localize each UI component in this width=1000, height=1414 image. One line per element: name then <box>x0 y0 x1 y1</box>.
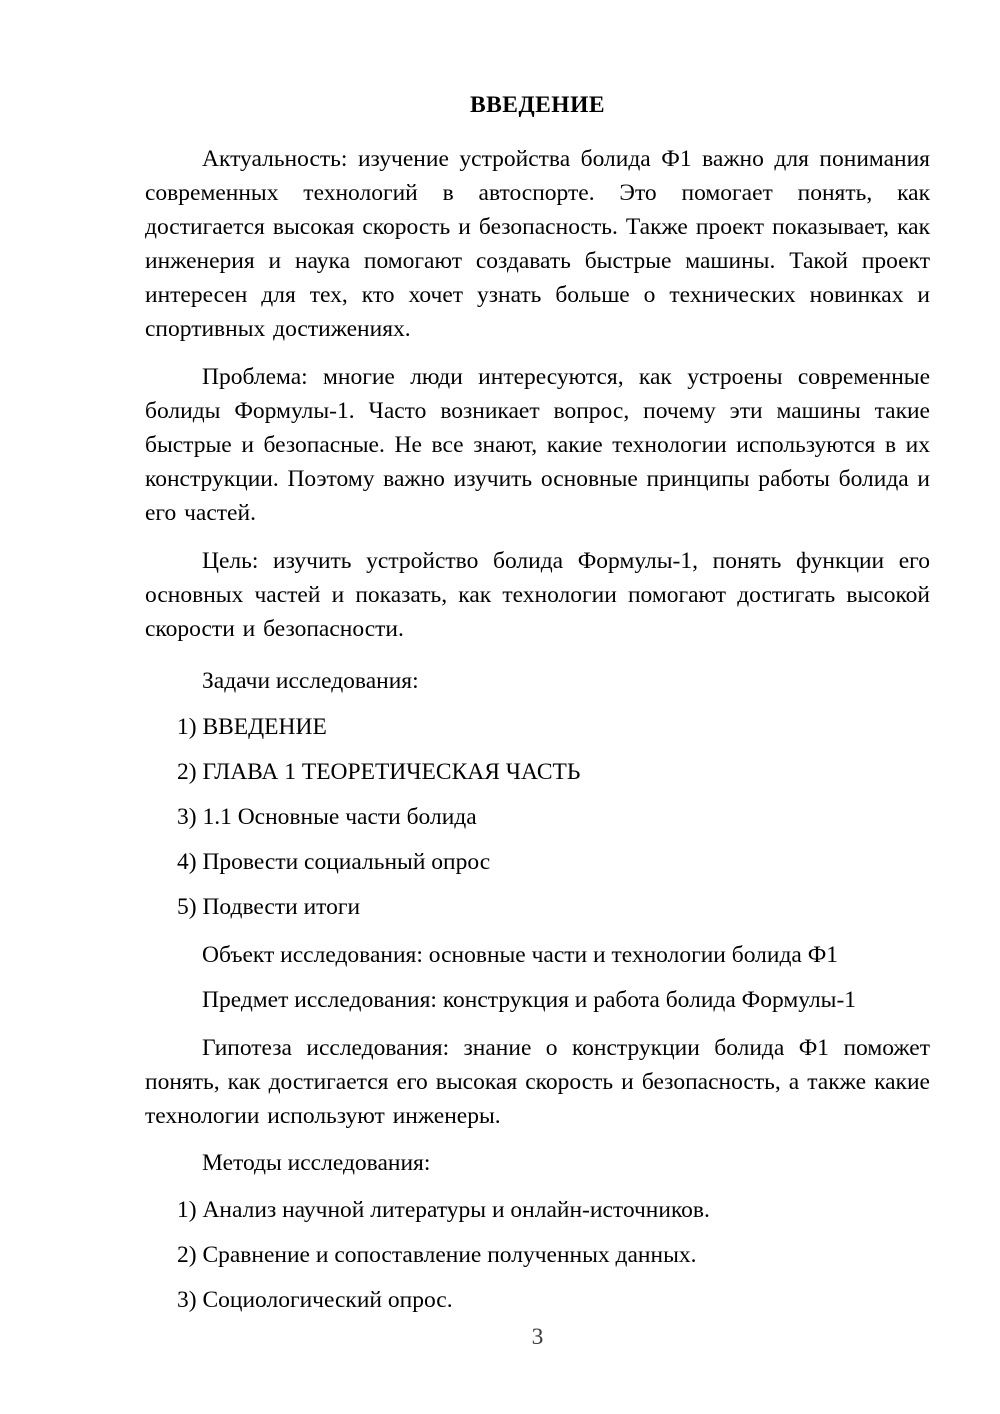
method-list-item: 3) Социологический опрос. <box>177 1283 930 1317</box>
document-content: ВВЕДЕНИЕ Актуальность: изучение устройст… <box>145 88 930 1317</box>
document-page: ВВЕДЕНИЕ Актуальность: изучение устройст… <box>0 0 1000 1414</box>
paragraph-goal: Цель: изучить устройство болида Формулы-… <box>145 544 930 646</box>
method-list-item: 1) Анализ научной литературы и онлайн-ис… <box>177 1193 930 1227</box>
paragraph-problem: Проблема: многие люди интересуются, как … <box>145 360 930 530</box>
page-number: 3 <box>145 1320 930 1354</box>
paragraph-relevance: Актуальность: изучение устройства болида… <box>145 142 930 346</box>
method-list-item: 2) Сравнение и сопоставление полученных … <box>177 1238 930 1272</box>
paragraph-hypothesis: Гипотеза исследования: знание о конструк… <box>145 1031 930 1133</box>
subject-line: Предмет исследования: конструкция и рабо… <box>145 983 930 1017</box>
task-list-item: 5) Подвести итоги <box>177 890 930 924</box>
object-line: Объект исследования: основные части и те… <box>145 938 930 972</box>
page-title: ВВЕДЕНИЕ <box>145 88 930 122</box>
task-list-item: 4) Провести социальный опрос <box>177 845 930 879</box>
task-list-item: 3) 1.1 Основные части болида <box>177 800 930 834</box>
methods-heading: Методы исследования: <box>145 1146 930 1180</box>
task-list-item: 2) ГЛАВА 1 ТЕОРЕТИЧЕСКАЯ ЧАСТЬ <box>177 755 930 789</box>
methods-list: 1) Анализ научной литературы и онлайн-ис… <box>145 1193 930 1317</box>
tasks-list: 1) ВВЕДЕНИЕ 2) ГЛАВА 1 ТЕОРЕТИЧЕСКАЯ ЧАС… <box>145 710 930 924</box>
tasks-heading: Задачи исследования: <box>145 664 930 698</box>
task-list-item: 1) ВВЕДЕНИЕ <box>177 710 930 744</box>
